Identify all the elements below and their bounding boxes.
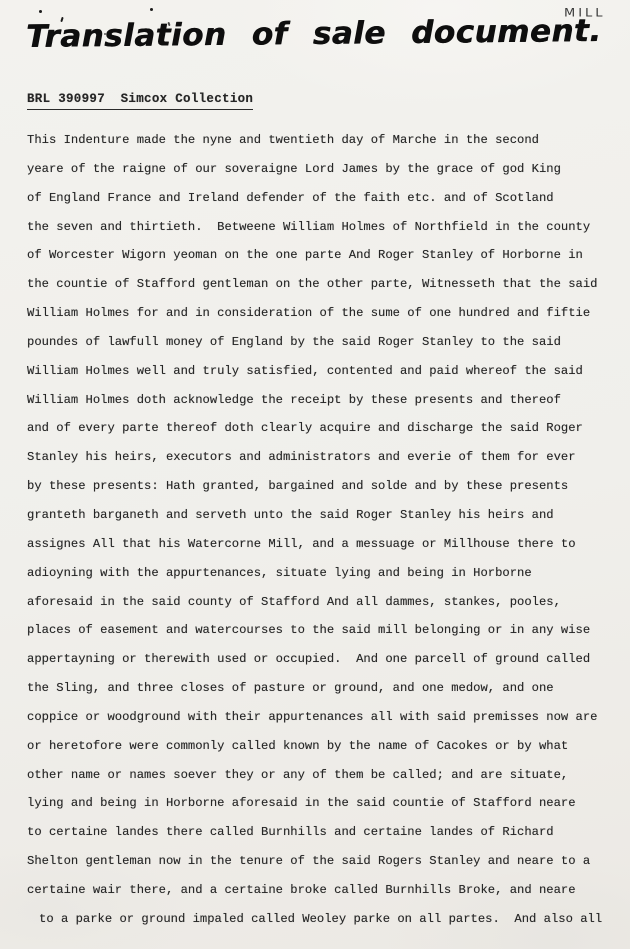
scan-page: MILL Translation of sale document. BRL 3… (0, 0, 630, 949)
document-line: and of every parte thereof doth clearly … (27, 414, 620, 443)
document-line: Stanley his heirs, executors and adminis… (27, 443, 620, 472)
document-line: the Sling, and three closes of pasture o… (27, 674, 620, 703)
document-line: places of easement and watercourses to t… (27, 616, 620, 645)
ink-speck (39, 10, 42, 13)
document-line: granteth barganeth and serveth unto the … (27, 501, 620, 530)
document-line: the seven and thirtieth. Betweene Willia… (27, 213, 620, 242)
document-line: yeare of the raigne of our soveraigne Lo… (27, 155, 620, 184)
ink-speck (150, 8, 153, 11)
document-line: of England France and Ireland defender o… (27, 184, 620, 213)
document-line: This Indenture made the nyne and twentie… (27, 126, 620, 155)
document-line: certaine wair there, and a certaine brok… (27, 876, 620, 905)
handwritten-title: Translation of sale document. (26, 13, 602, 55)
document-line: William Holmes doth acknowledge the rece… (27, 386, 620, 415)
reference-heading: BRL 390997 Simcox Collection (27, 92, 253, 110)
document-line: William Holmes well and truly satisfied,… (27, 357, 620, 386)
document-line: William Holmes for and in consideration … (27, 299, 620, 328)
document-line: of Worcester Wigorn yeoman on the one pa… (27, 241, 620, 270)
document-line: appertayning or therewith used or occupi… (27, 645, 620, 674)
document-line: assignes All that his Watercorne Mill, a… (27, 530, 620, 559)
document-body: This Indenture made the nyne and twentie… (27, 126, 620, 934)
document-line: other name or names soever they or any o… (27, 761, 620, 790)
document-line: adioyning with the appurtenances, situat… (27, 559, 620, 588)
document-line: to certaine landes there called Burnhill… (27, 818, 620, 847)
document-line: by these presents: Hath granted, bargain… (27, 472, 620, 501)
document-line: to a parke or ground impaled called Weol… (27, 905, 620, 934)
document-line: poundes of lawfull money of England by t… (27, 328, 620, 357)
document-line: Shelton gentleman now in the tenure of t… (27, 847, 620, 876)
document-line: the countie of Stafford gentleman on the… (27, 270, 620, 299)
document-line: aforesaid in the said county of Stafford… (27, 588, 620, 617)
document-line: lying and being in Horborne aforesaid in… (27, 789, 620, 818)
document-line: coppice or woodground with their appurte… (27, 703, 620, 732)
document-line: or heretofore were commonly called known… (27, 732, 620, 761)
